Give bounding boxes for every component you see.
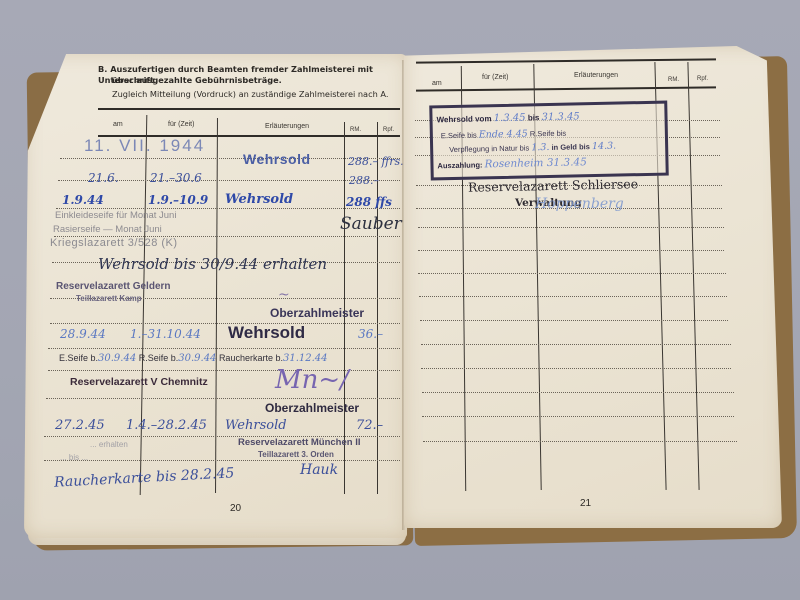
signature-oberzahlmeister-2: Mn~/ xyxy=(275,365,349,395)
wehrsold-box-stamp: Wehrsold vom 1.3.45 bis 31.3.45 E.Seife … xyxy=(429,101,669,181)
box-wehrsold-from: 1.3.45 xyxy=(494,112,526,124)
heading-line-3: Zugleich Mitteilung (Vordruck) an zustän… xyxy=(112,89,388,99)
entry-3-rm: 288 ffs xyxy=(346,195,392,209)
col-rpf: Rpf. xyxy=(383,127,394,133)
row-line xyxy=(46,398,400,399)
stamp-reservelazarett-muenchen: Reservelazarett München II xyxy=(238,437,361,448)
right-row-line xyxy=(423,441,737,442)
right-row-line xyxy=(418,250,724,251)
right-col-am: am xyxy=(432,80,442,87)
r-seife-value: 30.9.44 xyxy=(178,353,216,364)
entry-feb-fuer-zeit: 1.4.–28.2.45 xyxy=(126,418,207,433)
box-verpflegung-label: Verpflegung in Natur bis xyxy=(449,143,529,154)
box-line-2: E.Seife bis Ende 4.45 R.Seife bis xyxy=(441,128,566,142)
wehrsold-stamp: Wehrsold xyxy=(243,151,311,167)
box-line-4: Auszahlung: Rosenheim 31.3.45 xyxy=(437,156,587,171)
col-erlaeuterungen: Erläuterungen xyxy=(265,123,309,130)
faded-stamp-line-1: ... erhalten xyxy=(90,440,128,449)
row-line xyxy=(50,323,400,324)
col-am: am xyxy=(113,121,123,128)
box-auszahlung-value: Rosenheim 31.3.45 xyxy=(484,156,587,170)
signature-hoppenberg: Hoppenberg xyxy=(535,196,624,212)
entry-feb-rm: 72.– xyxy=(356,418,383,433)
section-letter: B. xyxy=(98,64,107,74)
box-line-3: Verpflegung in Natur bis 1.3. in Geld bi… xyxy=(449,141,616,155)
signature-oberzahlmeister-1: ~ xyxy=(278,287,290,303)
r-seife-label: R.Seife b. xyxy=(139,353,179,363)
supplies-line: E.Seife b.30.9.44 R.Seife b.30.9.44 Rauc… xyxy=(59,353,328,364)
entry-3-erlaeuterungen: Wehrsold xyxy=(225,192,293,207)
kriegslazarett-stamp: Kriegslazarett 3/528 (K) xyxy=(50,237,178,249)
stamp-reservelazarett-geldern: Reservelazarett Geldern xyxy=(56,281,171,292)
heading-line-2: über ausgezahlte Gebührnisbeträge. xyxy=(112,75,282,85)
soap-stamp-line-1: Einkleideseife für Monat Juni xyxy=(55,210,176,221)
entry-sept-rm: 36.– xyxy=(358,327,383,341)
col-fuer-zeit: für (Zeit) xyxy=(168,121,194,128)
col-rm: RM. xyxy=(350,127,361,133)
entry-feb-am: 27.2.45 xyxy=(55,418,105,433)
header-rule-top xyxy=(98,108,400,110)
e-seife-label: E.Seife b. xyxy=(59,353,98,363)
right-row-line xyxy=(421,344,731,345)
oberzahlmeister-title-1: Oberzahlmeister xyxy=(270,306,364,320)
box-eseife-value: Ende 4.45 xyxy=(479,128,528,140)
box-verpflegung-value: 1.3. xyxy=(531,142,549,153)
signature-sauber: Sauber xyxy=(340,214,402,234)
raucherkarte-label: Raucherkarte b. xyxy=(219,353,283,363)
entry-2-fuer-zeit: 21.–30.6 xyxy=(150,171,202,185)
entry-3-fuer-zeit: 1.9.–10.9 xyxy=(148,193,208,207)
stamp-teillazarett-orden: Teillazarett 3. Orden xyxy=(258,450,334,459)
signature-hauk: Hauk xyxy=(300,462,338,478)
page-number-21: 21 xyxy=(580,498,591,509)
stamp-teillazarett-kamp: Teillazarett Kamp xyxy=(76,294,142,303)
entry-2-am: 21.6. xyxy=(88,171,119,185)
entry-sept-fuer-zeit: 1.–31.10.44 xyxy=(130,327,201,341)
box-wehrsold-to: 31.3.45 xyxy=(541,111,579,123)
right-row-line xyxy=(420,320,728,321)
box-auszahlung-label: Auszahlung: xyxy=(437,160,482,170)
right-row-line xyxy=(419,296,727,297)
box-geld-label: in Geld bis xyxy=(551,142,590,152)
entry-3-am: 1.9.44 xyxy=(62,193,104,207)
right-col-erlaeuterungen: Erläuterungen xyxy=(574,72,618,79)
e-seife-value: 30.9.44 xyxy=(98,353,136,364)
box-geld-value: 14.3. xyxy=(592,141,616,153)
box-wehrsold-label: Wehrsold vom xyxy=(436,114,491,124)
right-col-rm: RM. xyxy=(668,77,679,83)
right-row-line xyxy=(418,273,726,274)
entry-sept-am: 28.9.44 xyxy=(60,327,106,341)
right-row-line xyxy=(422,392,734,393)
right-row-line xyxy=(422,416,734,417)
soap-stamp-line-2: Rasierseife — Monat Juni xyxy=(53,224,162,235)
handwritten-note-wehrsold-erhalten: Wehrsold bis 30/9.44 erhalten xyxy=(98,255,327,273)
box-bis-label: bis xyxy=(528,113,540,122)
entry-2-rm: 288.– xyxy=(349,174,379,187)
box-line-1: Wehrsold vom 1.3.45 bis 31.3.45 xyxy=(436,111,579,125)
right-col-rpf: Rpf. xyxy=(697,76,708,82)
stamp-reservelazarett-chemnitz: Reservelazarett V Chemnitz xyxy=(70,376,208,388)
right-col-fuer-zeit: für (Zeit) xyxy=(482,74,508,81)
box-rseife-label: R.Seife bis xyxy=(530,129,566,139)
row-line xyxy=(44,460,400,461)
date-stamp-11-vii-1944: 11. VII. 1944 xyxy=(84,136,205,156)
page-number-20: 20 xyxy=(230,503,241,514)
oberzahlmeister-title-2: Oberzahlmeister xyxy=(265,401,359,415)
right-row-line xyxy=(421,368,731,369)
row-line xyxy=(48,348,400,349)
raucherkarte-value: 31.12.44 xyxy=(283,353,328,364)
wehrsold-stamp-large: Wehrsold xyxy=(228,323,305,343)
entry-feb-erlaeuterungen: Wehrsold xyxy=(225,418,287,433)
faded-stamp-line-2: ... bis ... xyxy=(60,453,88,462)
right-row-line xyxy=(418,227,724,228)
box-eseife-label: E.Seife bis xyxy=(441,131,477,141)
amount-1: 288.– ffrs. xyxy=(348,155,404,168)
